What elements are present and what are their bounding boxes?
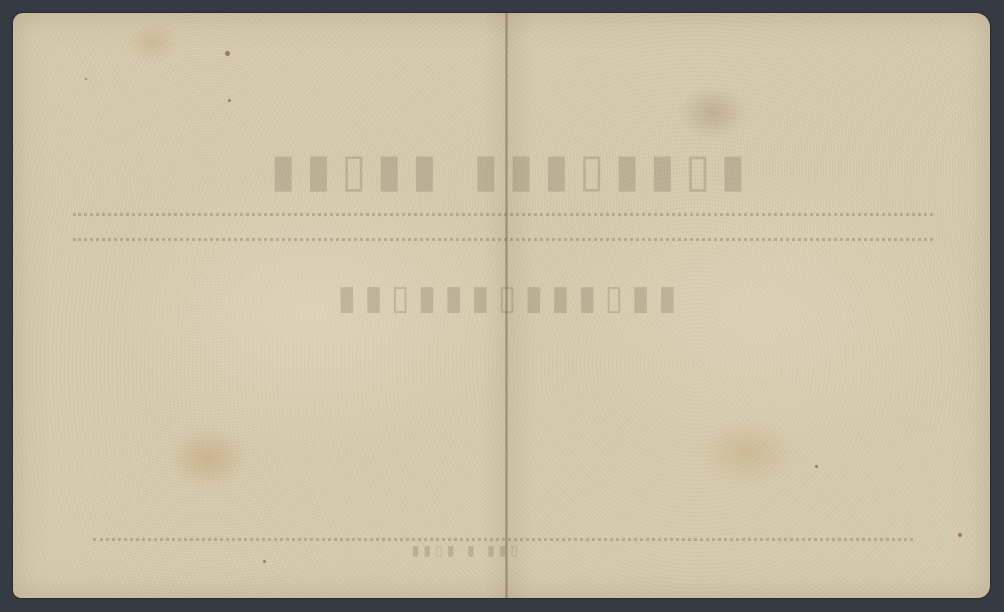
foxing-spot — [958, 533, 962, 537]
foxing-spot — [85, 78, 87, 80]
show-through-middle-text: ▮▮▯▮▮▮▯▮▮▮▯▮▮ — [73, 278, 933, 318]
banknote-back: ▮▯▮▮▯▮▮▮ ▮▮▯▮▮ ▮▮▯▮▮▮▯▮▮▮▯▮▮ ▯▮▮ ▮ ▮▯▮▮ — [13, 13, 990, 598]
foxing-spot — [263, 560, 266, 563]
show-through-heading: ▮▯▮▮▯▮▮▮ ▮▮▯▮▮ — [93, 143, 913, 197]
show-through-footer: ▯▮▮ ▮ ▮▯▮▮ — [313, 543, 613, 559]
show-through-dotted-line — [73, 238, 933, 243]
foxing-spot — [228, 99, 231, 102]
foxing-spot — [225, 51, 230, 56]
foxing-spot — [815, 465, 818, 468]
show-through-dotted-line — [73, 213, 933, 218]
